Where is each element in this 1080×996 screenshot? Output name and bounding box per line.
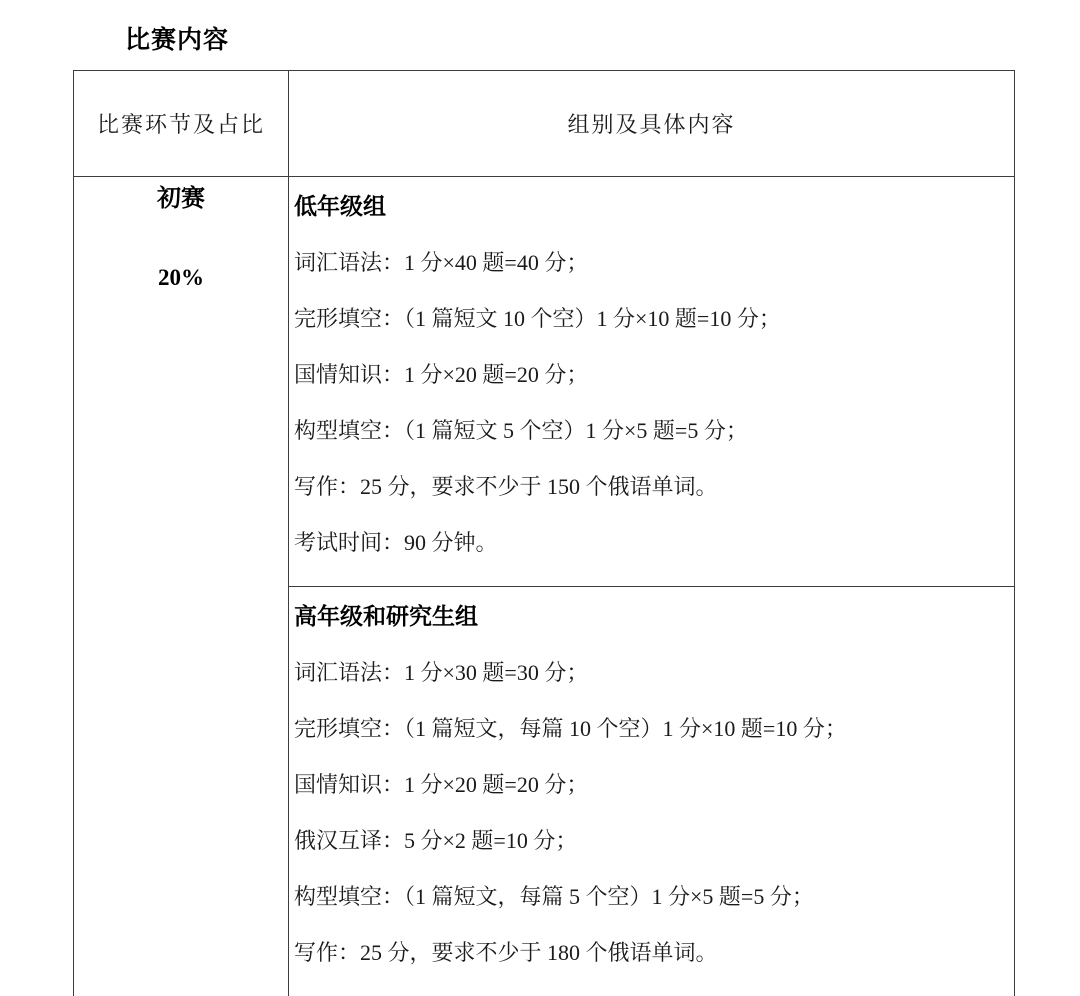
exam-item-line: 国情知识：1 分×20 题=20 分；	[294, 347, 1008, 403]
stage-cell: 初赛 20%	[74, 177, 289, 996]
table-header-row: 比赛环节及占比 组别及具体内容	[74, 71, 1015, 177]
exam-item-line: 完形填空：（1 篇短文 10 个空）1 分×10 题=10 分；	[294, 291, 1008, 347]
exam-item-line: 词汇语法：1 分×30 题=30 分；	[294, 645, 1008, 701]
exam-item-line: 考试时间：90 分钟。	[294, 515, 1008, 571]
page-title: 比赛内容	[125, 20, 229, 56]
exam-item-line: 构型填空：（1 篇短文 5 个空）1 分×5 题=5 分；	[294, 403, 1008, 459]
stage-weight: 20%	[75, 265, 287, 291]
competition-content-table: 比赛环节及占比 组别及具体内容 初赛 20% 低年级组 词汇语法：1 分×40 …	[73, 70, 1015, 996]
group-cell-senior: 高年级和研究生组 词汇语法：1 分×30 题=30 分； 完形填空：（1 篇短文…	[289, 587, 1015, 996]
exam-item-line: 构型填空：（1 篇短文，每篇 5 个空）1 分×5 题=5 分；	[294, 869, 1008, 925]
group-title-junior: 低年级组	[294, 179, 1008, 235]
exam-item-line: 俄汉互译：5 分×2 题=10 分；	[294, 813, 1008, 869]
exam-item-line: 写作：25 分，要求不少于 150 个俄语单词。	[294, 459, 1008, 515]
group-cell-junior: 低年级组 词汇语法：1 分×40 题=40 分； 完形填空：（1 篇短文 10 …	[289, 177, 1015, 587]
exam-item-line: 国情知识：1 分×20 题=20 分；	[294, 757, 1008, 813]
document-page: 比赛内容 比赛环节及占比 组别及具体内容 初赛 20% 低年级组 词汇语法：1 …	[0, 0, 1080, 996]
header-stage-ratio: 比赛环节及占比	[74, 71, 289, 177]
table-row-junior: 初赛 20% 低年级组 词汇语法：1 分×40 题=40 分； 完形填空：（1 …	[74, 177, 1015, 587]
exam-item-line: 词汇语法：1 分×40 题=40 分；	[294, 235, 1008, 291]
header-group-content: 组别及具体内容	[289, 71, 1015, 177]
stage-name: 初赛	[75, 178, 287, 213]
exam-item-line: 写作：25 分，要求不少于 180 个俄语单词。	[294, 925, 1008, 981]
exam-item-line: 完形填空：（1 篇短文，每篇 10 个空）1 分×10 题=10 分；	[294, 701, 1008, 757]
group-title-senior: 高年级和研究生组	[294, 589, 1008, 645]
